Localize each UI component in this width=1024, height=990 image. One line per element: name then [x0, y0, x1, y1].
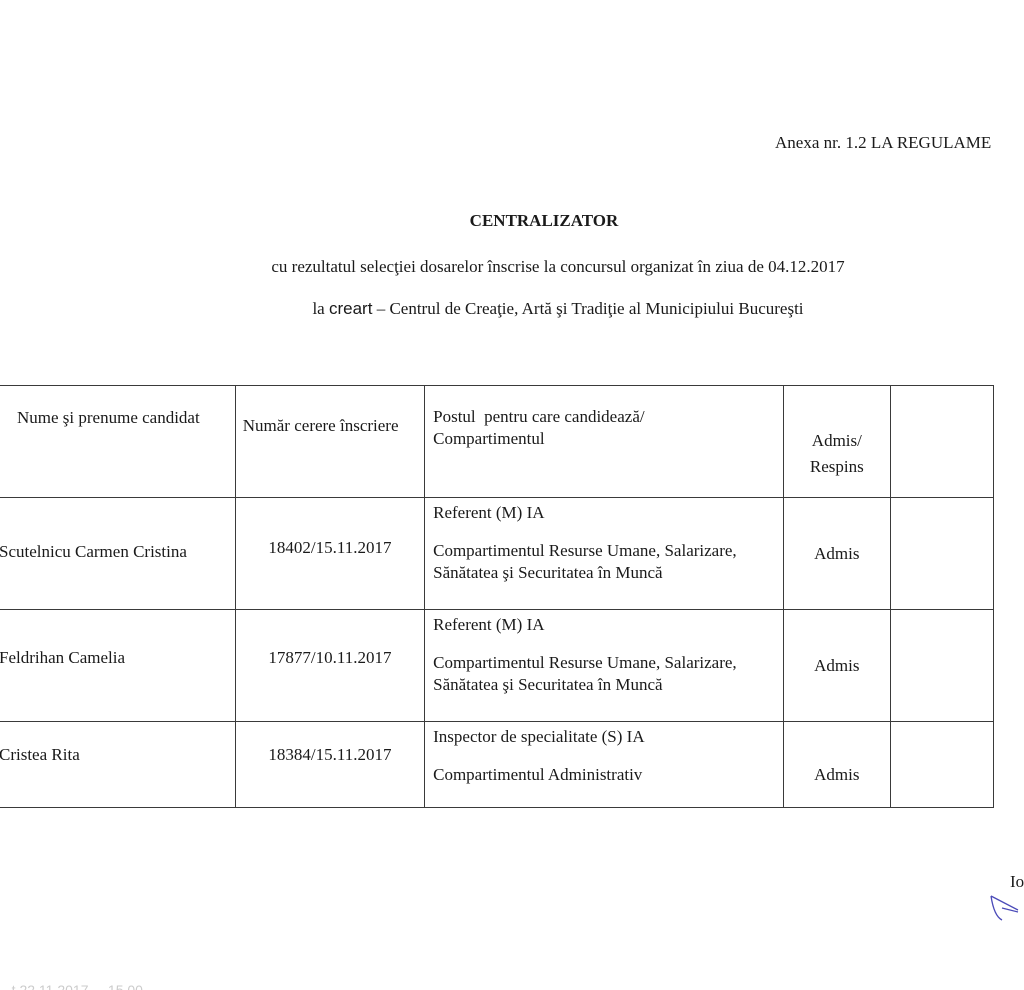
department-line1: Compartimentul Resurse Umane, Salarizare… [433, 652, 782, 674]
department-line1: Compartimentul Resurse Umane, Salarizare… [433, 540, 782, 562]
status: Admis [784, 544, 891, 564]
department-line1: Compartimentul Administrativ [433, 764, 782, 786]
header-status-line2: Respins [784, 454, 891, 480]
department-line2: Sănătatea şi Securitatea în Muncă [433, 562, 782, 584]
table-row: Cristea Rita 18384/15.11.2017 Inspector … [0, 722, 994, 808]
department-line2: Sănătatea şi Securitatea în Muncă [433, 674, 782, 696]
results-table: Nume şi prenume candidat Număr cerere în… [0, 385, 994, 808]
subtitle-line-1: cu rezultatul selecţiei dosarelor înscri… [0, 257, 1024, 277]
footer-note: ...t 22.11.2017 ... 15.00 [0, 982, 143, 990]
post-cell: Referent (M) IACompartimentul Resurse Um… [425, 498, 782, 584]
candidate-name: Cristea Rita [0, 745, 235, 765]
post-title: Inspector de specialitate (S) IA [433, 724, 782, 750]
header-post-line2: Compartimentul [433, 428, 782, 450]
post-title: Referent (M) IA [433, 500, 782, 526]
post-cell: Referent (M) IACompartimentul Resurse Um… [425, 610, 782, 696]
candidate-name: Scutelnicu Carmen Cristina [0, 542, 235, 562]
subtitle-suffix: – Centrul de Creaţie, Artă şi Tradiţie a… [372, 299, 803, 318]
header-number: Număr cerere înscriere [236, 386, 424, 436]
header-post: Postul pentru care candidează/Compartime… [425, 386, 782, 450]
post-title: Referent (M) IA [433, 612, 782, 638]
request-number: 18402/15.11.2017 [236, 538, 424, 558]
header-name: Nume şi prenume candidat [0, 386, 235, 428]
status: Admis [784, 656, 891, 676]
table-header-row: Nume şi prenume candidat Număr cerere în… [0, 386, 994, 498]
request-number: 17877/10.11.2017 [236, 648, 424, 668]
subtitle-prefix: la [312, 299, 329, 318]
status: Admis [784, 765, 891, 785]
document-title: CENTRALIZATOR [0, 211, 1024, 231]
header-status-line1: Admis/ [784, 428, 891, 454]
post-cell: Inspector de specialitate (S) IAComparti… [425, 722, 782, 786]
signature-icon [988, 888, 1024, 933]
header-post-line1: Postul pentru care candidează/ [433, 406, 782, 428]
table-row: Feldrihan Camelia 17877/10.11.2017 Refer… [0, 610, 994, 722]
subtitle-line-2: la creart – Centrul de Creaţie, Artă şi … [0, 299, 1024, 319]
brand-name: creart [329, 299, 372, 318]
annex-reference: Anexa nr. 1.2 LA REGULAME [775, 133, 991, 153]
table-row: Scutelnicu Carmen Cristina 18402/15.11.2… [0, 498, 994, 610]
candidate-name: Feldrihan Camelia [0, 648, 235, 668]
header-status: Admis/Respins [784, 386, 891, 480]
request-number: 18384/15.11.2017 [236, 745, 424, 765]
